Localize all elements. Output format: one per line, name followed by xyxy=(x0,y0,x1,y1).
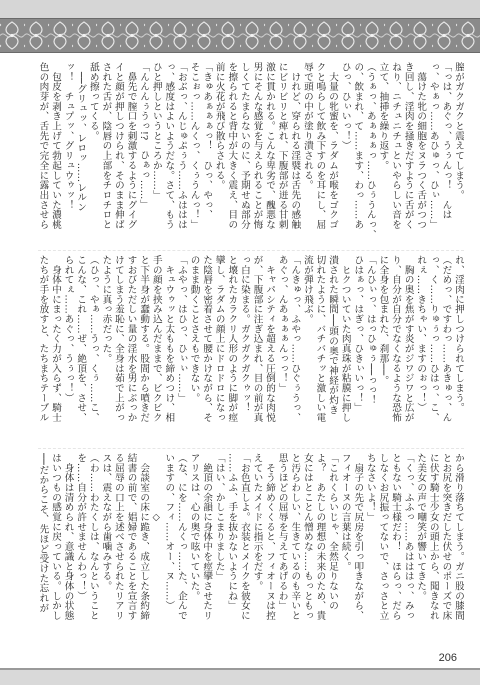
text-line: ◇ xyxy=(149,453,162,636)
text-line: された舌が、陰唇の上部をチロチロと xyxy=(99,62,112,246)
text-line: スは、震えながら歯噛みする。 xyxy=(99,453,112,636)
text-line: 扇子の先で尻房を引っ叩きながら、 xyxy=(351,453,364,636)
text-line: 「っは、あぐっ、うぅんっ！ んは xyxy=(439,62,452,246)
text-line: イと顔が押しつけられ、そのまま伸ば xyxy=(111,62,124,246)
text-line: る屈辱の口上を述べさせられたリアリ xyxy=(111,453,124,636)
text-line: 大量の牝蜜を、ラダムが喉をゴクゴ xyxy=(325,62,338,246)
text-line: を擦られると背中が大きく震え、目の xyxy=(225,62,238,246)
text-line: っ、やぁっ……あひゅっ、ひぃ……」 xyxy=(426,62,439,246)
text-line: クと鳴らして飲み下すのを耳にし、屈 xyxy=(313,62,326,246)
top-margin-band xyxy=(0,0,480,18)
text-line: を……自分が許せませんわっ！） xyxy=(74,453,87,636)
text-line: よ？ あたしの理想の未来のため、貴 xyxy=(313,453,326,636)
text-line: 「んんんぅうっ!? ひぁっ……」 xyxy=(137,62,150,246)
text-line: 色の肉芽が、舌先で完全に露出させら xyxy=(38,62,48,246)
text-line: 「おぶっ、んじゅぷぅう……ふははは xyxy=(174,62,187,246)
text-block-middle: れ、淫肉に押しつけられてしまう。（だめっ、ですわっ……あきゅっ、んっ、く……りゅ… xyxy=(38,255,464,444)
text-line: キャパシティを超える圧倒的な肉悦 xyxy=(263,255,276,444)
text-line: ともない騎士様だわ！ ほらっ、だら xyxy=(388,453,401,636)
text-line: っ、く……りゅぅっ……ひはっ、こ、 xyxy=(426,255,439,444)
text-line: 胸の奥を焦がす炎がジワジワと広が xyxy=(401,255,414,444)
text-line: しくてたまらないのに、予期せぬ部分 xyxy=(237,62,250,246)
bottom-margin-band xyxy=(0,670,480,685)
text-line: と壊れたカラクリ人形のように脚が痙 xyxy=(225,255,238,444)
text-line: しなくお尻振ってないで、さっさと立 xyxy=(376,453,389,636)
text-line: 男にそんな感覚を与えられることが悔 xyxy=(250,62,263,246)
text-line: た陰唇を密着させて腰かけながら、そ xyxy=(200,255,213,444)
text-line: はいつもの感覚に戻っている。しかし xyxy=(48,453,61,636)
text-line: 切れたように、バチバチッと激しい電 xyxy=(313,255,326,444)
text-line: 「くっ、ふふっ……あはははっ、みっ xyxy=(401,453,414,636)
text-line: り、自分が自分でなくなるような恐怖 xyxy=(388,255,401,444)
text-line: 蕩けた牝の細胞をヌラつく舌がつつ xyxy=(414,62,427,246)
text-line: と汚らわしい、生きているのも辛いと xyxy=(288,453,301,636)
text-line: あぐっ、んあぁぁぁんっっ！」 xyxy=(275,255,288,444)
text-line: 「はい、かしこまりました」 xyxy=(212,453,225,636)
text-line: けてしまう羞恥に、全身は茹で上がっ xyxy=(111,255,124,444)
text-line: 結書の前で、娼婦であることを宣言す xyxy=(124,453,137,636)
text-line: 前に火花が飛び散らされる。 xyxy=(212,62,225,246)
text-line: た美女の声で嘲笑が響いてきた。 xyxy=(414,453,427,636)
ornamental-header-border xyxy=(0,18,480,54)
text-line: たように真っ赤だった。 xyxy=(99,255,112,444)
text-line: （わ……わたくしは、なんということ xyxy=(86,453,99,636)
text-line: こんな、これ……ぜ、絶頂を、させ、 xyxy=(74,255,87,444)
text-line: そう締めくくると、フィオーヌは控 xyxy=(263,453,276,636)
text-line: 「んきゅっ、ふやっ……ひぐぅうっ、 xyxy=(288,255,301,444)
text-line: （うぁっ、あぁぁぁっ……ひぅうんっ、 xyxy=(363,62,376,246)
text-line: 立て、抽挿を繰り返す。 xyxy=(376,62,389,246)
text-line: フィオーヌの言葉は続く。 xyxy=(338,453,351,636)
text-line: （だめっ、ですわっ……あきゅっ、ん xyxy=(439,255,452,444)
text-line: 絶頂の余韻に身体中を痙攣させたリ xyxy=(200,453,213,636)
text-line: 女にはとことん憎めな……もっともっ xyxy=(300,453,313,636)
text-line: 身体中にまったく力が入らず、騎士 xyxy=(48,255,61,444)
block-divider xyxy=(38,448,464,449)
text-line: 手の顔を挟み込んだままで、ビクビク xyxy=(149,255,162,444)
text-line: 「お色直しよ。衣装とメイクを彼女に xyxy=(237,453,250,636)
text-line: ひと押しというところか……」 xyxy=(149,62,162,246)
text-line: ──だからこそ、先ほど受けた忘れが xyxy=(38,453,48,636)
text-line: ッ！ チュプッ、グリュウゥッ！ xyxy=(61,62,74,246)
page-number: 206 xyxy=(439,652,457,664)
text-line: 激に貫かれる。こんな卑劣で、醜悪な xyxy=(263,62,276,246)
text-line: 鼻先で膣口を刺激するようにグイグ xyxy=(124,62,137,246)
text-line: にビリビリと痺れ、下腹部が迸る甘刺 xyxy=(275,62,288,246)
text-line: アリスは、心の奥で呟いていた。 xyxy=(187,453,200,636)
text-line: に全身を包まれた、刹那──。 xyxy=(376,255,389,444)
text-line: 攣し、ラダムの顔上にドロドロになっ xyxy=(212,255,225,444)
text-line: れ、淫肉に押しつけられてしまう。 xyxy=(451,255,464,444)
text-line: すおびただしい量の淫水を男にぶっか xyxy=(124,255,137,444)
text-line: が、下腹部に注ぎ込まれ、目の前が真 xyxy=(250,255,263,444)
text-line: の、飲まれ、て……ます、わっ……あ xyxy=(351,62,364,246)
text-line: いますの、フィ……オー、ヌ……） xyxy=(162,453,175,636)
text-line: （ひっ、やぁ……うっ、くぅ……こ、 xyxy=(86,255,99,444)
text-line: 思うほどの屈辱を与えてあげるわ」 xyxy=(275,453,288,636)
text-line: と下半身が蠢動する。股間から噴きだ xyxy=(137,255,150,444)
text-line: ──グリュッ、レロッ……レルン xyxy=(74,62,87,246)
text-line: 舐め擦ってくる。 xyxy=(86,62,99,246)
text-line: ねり、ニチュニチュといやらしい音を xyxy=(388,62,401,246)
text-line: に伏す騎士少女の頭上から、聞きなれ xyxy=(426,453,439,636)
text-line: 「これくらいじゃ、全然足りないの xyxy=(325,453,338,636)
text-line: から滑り落ちてしまう。ガニ股の膝間 xyxy=(451,453,464,636)
text-line: そこぉっ……んくっ、くぅうんっ！」 xyxy=(187,62,200,246)
text-line: （な、にを……んくっ……た、企んで xyxy=(174,453,187,636)
text-line: けれど、穿られる淫襞は舌先の感触 xyxy=(288,62,301,246)
text-line: ちなさいよ！」 xyxy=(363,453,376,636)
text-line: 膣がガクガクと震えてしまう。 xyxy=(451,62,464,246)
text-line: ひっ、ひぃいっ！） xyxy=(338,62,351,246)
text-line: 潰された瞬間──頭の奥で神経が灼き xyxy=(325,255,338,444)
text-line: えていたメイドに指示をだす。 xyxy=(250,453,263,636)
text-line: 「んひぃっ、はっひゅぅ──っっ！ xyxy=(363,255,376,444)
text-block-upper: 膣がガクガクと震えてしまう。「っは、あぐっ、うぅんっ！ んはっ、やぁっ……あひゅ… xyxy=(38,62,464,246)
text-line: 包皮を剥き上げて勃起していた濃桃 xyxy=(48,62,61,246)
text-block-lower: から滑り落ちてしまう。ガニ股の膝間とお尻を突きだした伏せのポーズで床に伏す騎士少… xyxy=(38,453,464,636)
text-line: 会談室の床に跪き、成立した条約締 xyxy=(137,453,150,636)
text-line: き回し、淫肉を掻きだすように舌がく xyxy=(401,62,414,246)
text-line: とお尻を突きだした伏せのポーズで床 xyxy=(439,453,452,636)
text-line: 身体は清められ、意識と身体の状態 xyxy=(61,453,74,636)
text-line: ……ふふ、手を抜かないようにね」 xyxy=(225,453,238,636)
text-line: 辱で頭の中が塗り潰される。 xyxy=(300,62,313,246)
text-line: のまま動くことさえもできない。 xyxy=(187,255,200,444)
text-line: られてぇ……あぐっ、うぅっ！） xyxy=(61,255,74,444)
text-line: ひはぁっ、はぎっ、ひきぃいっ！」 xyxy=(351,255,364,444)
block-divider xyxy=(38,250,464,251)
text-line: キュウゥッと太ももを締めつけ、相 xyxy=(162,255,175,444)
text-line: っ、感度はよいようだな。さて、もう xyxy=(162,62,175,246)
text-line: れぇ……きちゃい、ますのぉっ！） xyxy=(414,255,427,444)
text-line: っ白に染まる。ガクガクガクゥッ！ xyxy=(237,255,250,444)
text-line: たちが手を放すと、たちまちテーブル xyxy=(38,255,48,444)
text-line: ヒクついていた肉真珠が粘膜に押し xyxy=(338,255,351,444)
text-line: 「きゅあぁぁぁっ！ ひっ、やっ、 xyxy=(200,62,213,246)
text-line: 流が弾け飛ぶ。 xyxy=(300,255,313,444)
ornament-pattern-icon xyxy=(0,19,480,52)
text-line: 「ふやっ、はひっ、ひぃぃ……」 xyxy=(174,255,187,444)
